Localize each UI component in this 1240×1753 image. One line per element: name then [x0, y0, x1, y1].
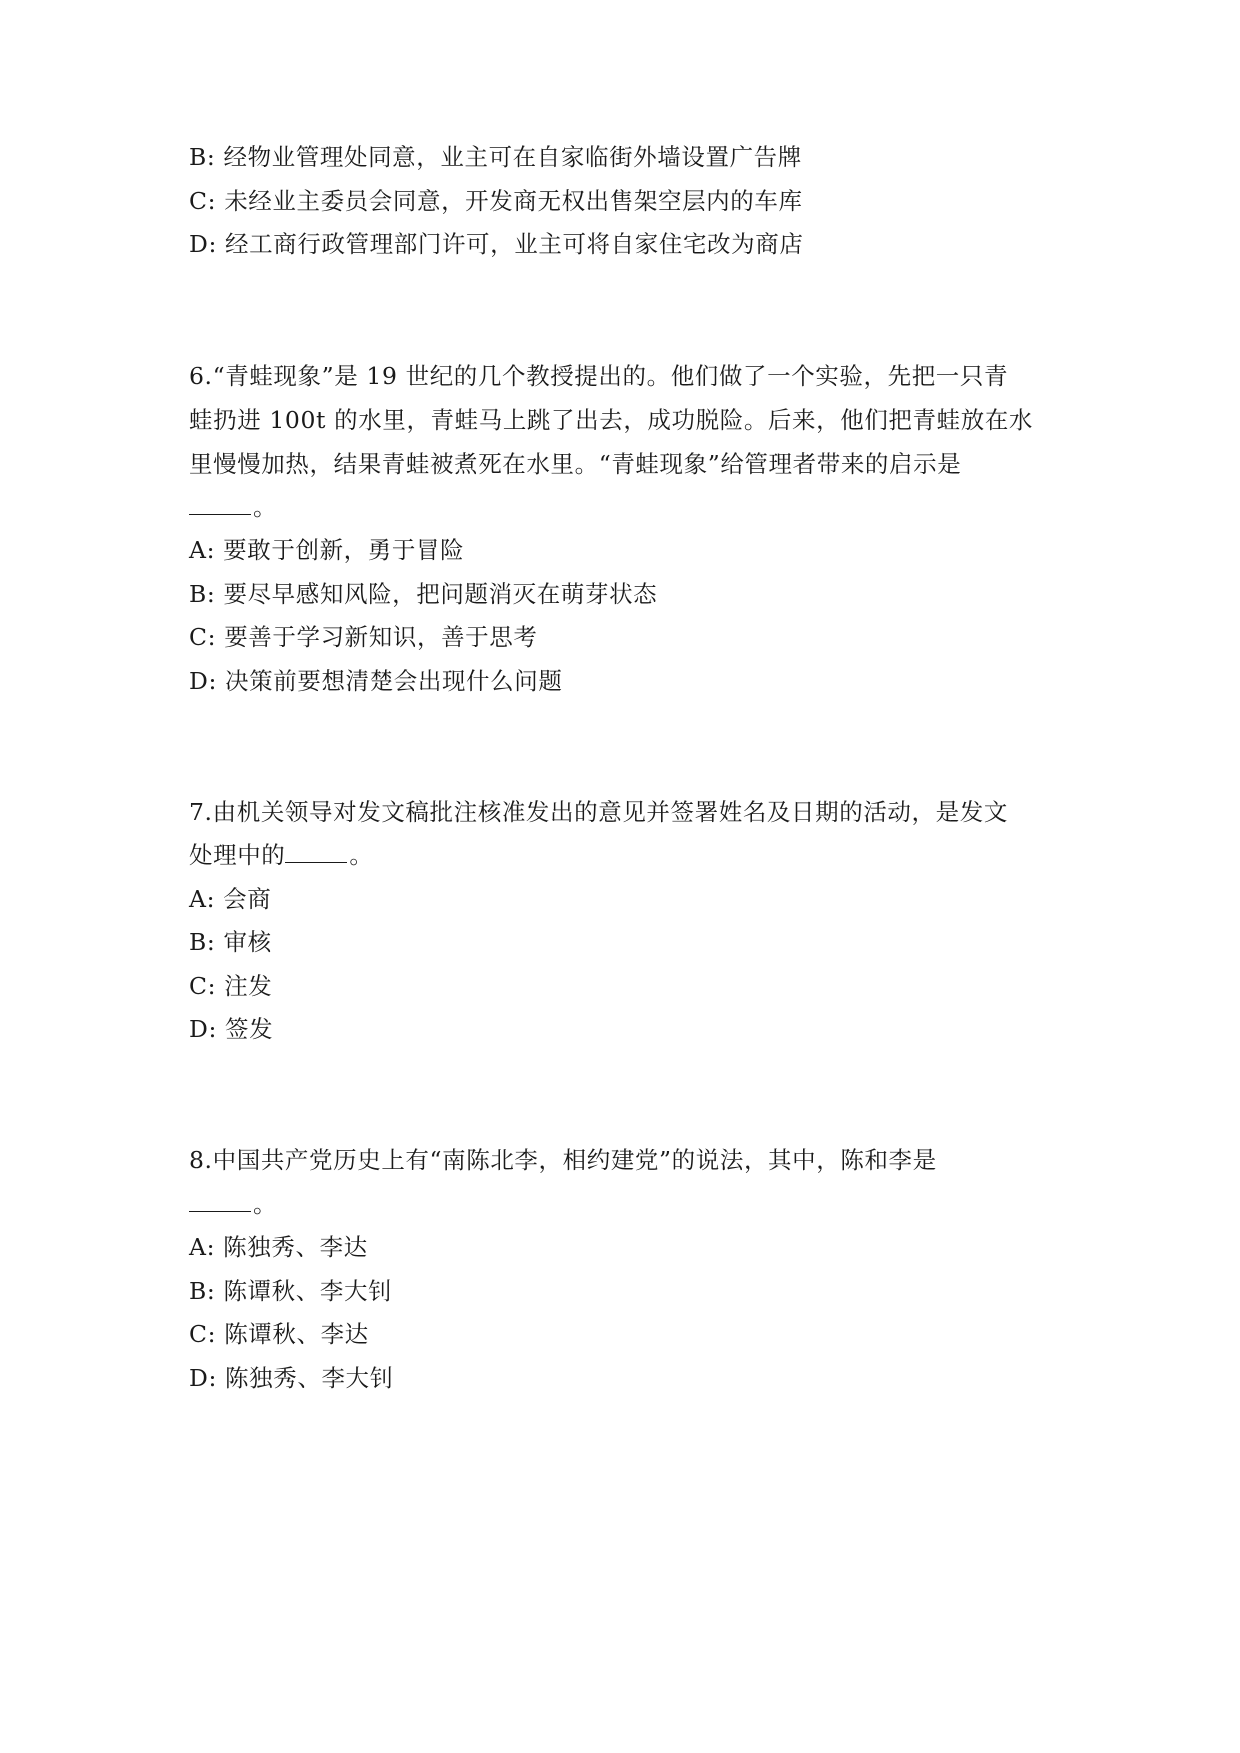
option-label: C: [189, 187, 216, 215]
question-8-blank-line: 。 [189, 1189, 277, 1219]
option-label: B: [189, 928, 215, 956]
option-b: B: 陈谭秋、李大钊 [189, 1276, 392, 1306]
option-d: D: 决策前要想清楚会出现什么问题 [189, 666, 562, 696]
question-6-blank-line: 。 [189, 492, 277, 522]
question-6-text-line-2: 蛙扔进 100t 的水里，青蛙马上跳了出去，成功脱险。后来，他们把青蛙放在水 [189, 405, 1033, 435]
question-7-text: 处理中的 [189, 841, 285, 869]
option-label: D: [189, 1015, 217, 1043]
option-c: C: 注发 [189, 971, 272, 1001]
question-8-text-line-1: 8.中国共产党历史上有“南陈北李，相约建党”的说法，其中，陈和李是 [189, 1145, 937, 1175]
option-label: C: [189, 1320, 216, 1348]
option-b: B: 审核 [189, 927, 272, 957]
answer-blank [189, 494, 251, 515]
option-text: 要尽早感知风险，把问题消灭在萌芽状态 [223, 580, 657, 608]
blank-suffix: 。 [253, 1190, 277, 1218]
option-label: C: [189, 972, 216, 1000]
option-a: A: 陈独秀、李达 [189, 1232, 368, 1262]
option-label: D: [189, 667, 217, 695]
option-text: 经工商行政管理部门许可，业主可将自家住宅改为商店 [225, 230, 803, 258]
option-label: B: [189, 1277, 215, 1305]
option-label: A: [189, 1233, 215, 1261]
question-6-text-line-3: 里慢慢加热，结果青蛙被煮死在水里。“青蛙现象”给管理者带来的启示是 [189, 449, 961, 479]
question-7-text-line-2: 处理中的。 [189, 840, 374, 870]
answer-blank [285, 842, 347, 863]
option-text: 陈谭秋、李大钊 [223, 1277, 392, 1305]
option-d: D: 陈独秀、李大钊 [189, 1363, 394, 1393]
option-label: D: [189, 1364, 217, 1392]
option-a: A: 会商 [189, 884, 271, 914]
option-label: B: [189, 143, 215, 171]
option-label: C: [189, 623, 216, 651]
option-b: B: 经物业管理处同意，业主可在自家临街外墙设置广告牌 [189, 142, 802, 172]
option-c: C: 陈谭秋、李达 [189, 1319, 369, 1349]
option-b: B: 要尽早感知风险，把问题消灭在萌芽状态 [189, 579, 657, 609]
option-text: 陈谭秋、李达 [224, 1320, 369, 1348]
blank-suffix: 。 [349, 841, 373, 869]
option-a: A: 要敢于创新，勇于冒险 [189, 535, 464, 565]
option-text: 注发 [224, 972, 272, 1000]
option-text: 陈独秀、李达 [223, 1233, 368, 1261]
question-7-text-line-1: 7.由机关领导对发文稿批注核准发出的意见并签署姓名及日期的活动，是发文 [189, 797, 1008, 827]
option-text: 要善于学习新知识，善于思考 [224, 623, 537, 651]
blank-suffix: 。 [253, 493, 277, 521]
option-label: B: [189, 580, 215, 608]
answer-blank [189, 1191, 251, 1212]
option-label: A: [189, 536, 215, 564]
option-d: D: 签发 [189, 1014, 273, 1044]
option-label: A: [189, 885, 215, 913]
option-text: 会商 [223, 885, 271, 913]
option-text: 决策前要想清楚会出现什么问题 [225, 667, 562, 695]
option-text: 要敢于创新，勇于冒险 [223, 536, 464, 564]
option-c: C: 要善于学习新知识，善于思考 [189, 622, 538, 652]
option-text: 审核 [223, 928, 271, 956]
option-text: 签发 [225, 1015, 273, 1043]
option-c: C: 未经业主委员会同意，开发商无权出售架空层内的车库 [189, 186, 803, 216]
option-label: D: [189, 230, 217, 258]
option-d: D: 经工商行政管理部门许可，业主可将自家住宅改为商店 [189, 229, 803, 259]
question-6-text-line-1: 6.“青蛙现象”是 19 世纪的几个教授提出的。他们做了一个实验，先把一只青 [189, 361, 1008, 391]
option-text: 陈独秀、李大钊 [225, 1364, 394, 1392]
option-text: 未经业主委员会同意，开发商无权出售架空层内的车库 [224, 187, 802, 215]
option-text: 经物业管理处同意，业主可在自家临街外墙设置广告牌 [223, 143, 801, 171]
